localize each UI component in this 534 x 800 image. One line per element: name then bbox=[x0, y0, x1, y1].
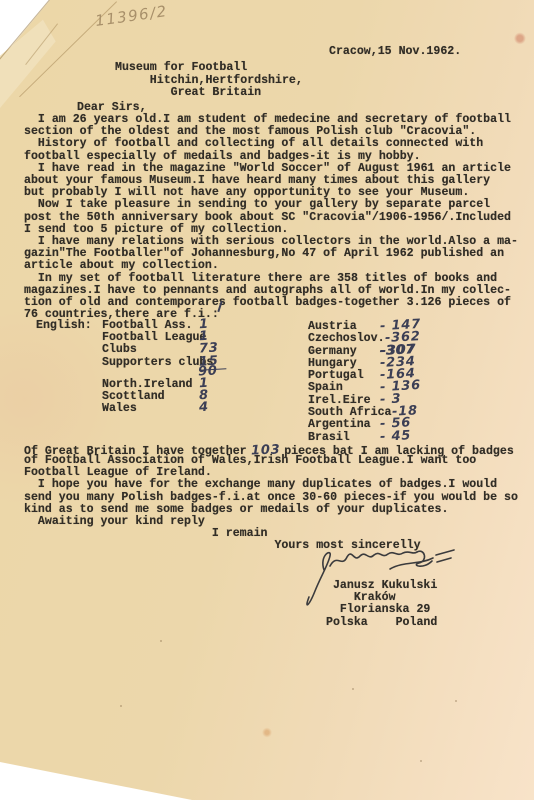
paper-speck bbox=[420, 760, 422, 762]
badge-table-left-column: English: Football Ass.1Football League1C… bbox=[36, 317, 226, 366]
paper-speck bbox=[160, 640, 162, 642]
table-row: Czechoslov.-362 bbox=[308, 330, 421, 342]
date-line: Cracow,15 Nov.1962. bbox=[329, 46, 461, 58]
body-paragraphs-2: of Football Association of Wales,Irish F… bbox=[24, 455, 518, 553]
paper-stain bbox=[240, 710, 300, 760]
letter-scan: 11396/2 Cracow,15 Nov.1962. Museum for F… bbox=[0, 0, 534, 800]
recipient-address: Museum for Football Hitchin,Hertfordshir… bbox=[115, 62, 303, 100]
paper-stain bbox=[470, 0, 534, 120]
table-cell-label: Germany bbox=[308, 346, 380, 358]
table-cell-label: Argentina bbox=[308, 419, 380, 431]
table-cell-label: Supporters clubs bbox=[102, 357, 199, 369]
badge-table-right-column: Austria- 147Czechoslov.-362Germany-307Hu… bbox=[308, 318, 421, 441]
table-row: North.Ireland1 bbox=[36, 376, 209, 388]
table-cell-label: Spain bbox=[308, 382, 380, 394]
table-cell-value: 4 bbox=[199, 400, 210, 415]
table-cell-label: English: bbox=[36, 320, 102, 332]
sender-address: Janusz Kukulski Kraków Florianska 29 Pol… bbox=[326, 580, 437, 629]
table-row: English: Football Ass.1 bbox=[36, 317, 226, 329]
paper-speck bbox=[352, 688, 354, 690]
paper-speck bbox=[120, 705, 122, 707]
table-cell-value: - 45 bbox=[380, 428, 412, 445]
table-cell-label: Wales bbox=[102, 403, 199, 415]
table-row: Austria- 147 bbox=[308, 318, 421, 330]
paper-speck bbox=[455, 700, 457, 702]
table-row: Argentina- 56 bbox=[308, 416, 421, 428]
table-cell-label: Clubs bbox=[102, 344, 199, 356]
body-paragraphs-1: I am 26 years old.I am student of medeci… bbox=[24, 114, 518, 321]
table-cell-label: Czechoslov. bbox=[308, 333, 385, 345]
badge-table-left-column-2: North.Ireland1Scottland8Wales4 bbox=[36, 376, 209, 413]
